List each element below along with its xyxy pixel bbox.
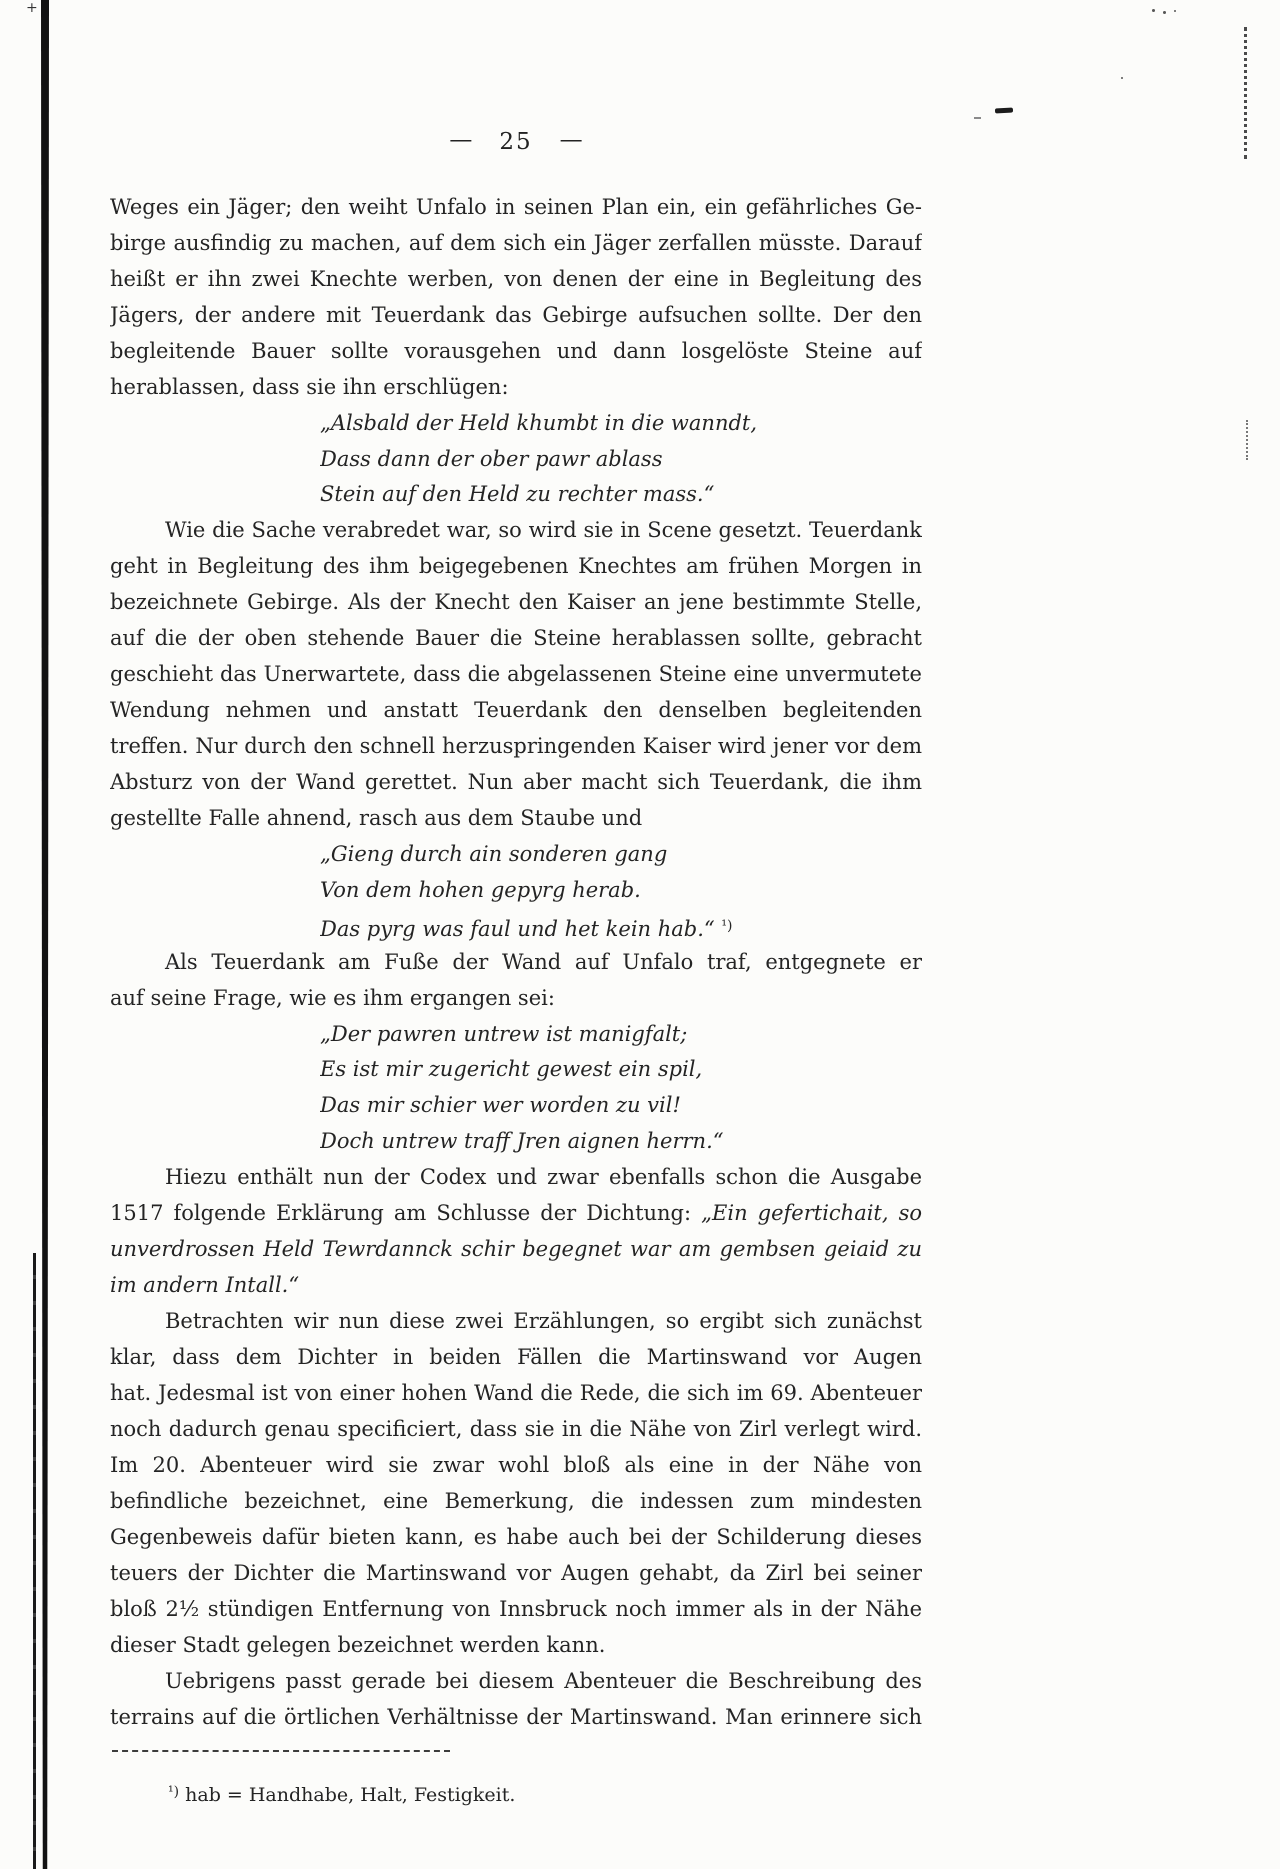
text-roman: 1517 folgende Erklärung am Schlusse der … [110,1201,701,1225]
paragraph: Hiezu enthält nun der Codex und zwar ebe… [110,1160,922,1304]
text-line: geschieht das Unerwartete, dass die abge… [110,657,922,693]
text-line: Uebrigens passt gerade bei diesem Abente… [110,1664,922,1700]
verse-line: „Der pawren untrew ist manigfalt; [320,1017,922,1053]
scan-noise-plus: + [26,0,38,16]
page-number-dash: — [560,127,583,153]
verse-line: Dass dann der ober pawr ablass [320,442,922,478]
verse-line: „Gieng durch ain sonderen gang [320,837,922,873]
paragraph: Wie die Sache verabredet war, so wird si… [110,513,922,836]
scan-noise-dash [995,108,1013,114]
verse-line: Es ist mir zugericht gewest ein spil, [320,1052,922,1088]
verse-line: Doch untrew traff Jren aignen herrn.“ [320,1124,922,1160]
text-line: 1517 folgende Erklärung am Schlusse der … [110,1196,922,1232]
text-line: im andern Intall.“ [110,1268,922,1304]
text-line: Gegenbeweis dafür bieten kann, es habe a… [110,1520,922,1556]
scan-noise-dot [1163,11,1166,14]
text-line: gestellte Falle ahnend, rasch aus dem St… [110,801,922,837]
footnote: ¹) hab = Handhabe, Halt, Festigkeit. [110,1777,980,1810]
verse-quotation: „Alsbald der Held khumbt in die wanndt, … [320,406,922,514]
text-line: bezeichnete Gebirge. Als der Knecht den … [110,585,922,621]
text-block: Weges ein Jäger; den weiht Unfalo in sei… [110,190,922,1735]
verse-line: „Alsbald der Held khumbt in die wanndt, [320,406,922,442]
verse-line: Von dem hohen gepyrg herab. [320,873,922,909]
text-line: Wendung nehmen und anstatt Teuerdank den… [110,693,922,729]
text-line: geht in Begleitung des ihm beigegebenen … [110,549,922,585]
footnote-divider [112,1750,450,1752]
paragraph: Betrachten wir nun diese zwei Erzählunge… [110,1304,922,1664]
verse-line: Das mir schier wer worden zu vil! [320,1088,922,1124]
scan-noise-dot [1121,77,1123,79]
binding-shadow-bar [41,0,49,1869]
text-line: Betrachten wir nun diese zwei Erzählunge… [110,1304,922,1340]
paragraph: Uebrigens passt gerade bei diesem Abente… [110,1664,922,1736]
text-line: terrains auf die örtlichen Verhältnisse … [110,1700,922,1736]
text-line: Im 20. Abenteuer wird sie zwar wohl bloß… [110,1448,922,1484]
scan-noise-dot [1174,10,1176,12]
verse-line-text: Das pyrg was faul und het kein hab.“ [320,917,715,941]
text-italic-quote: unverdrossen Held Tewrdannck schir begeg… [110,1237,922,1261]
text-line: Weges ein Jäger; den weiht Unfalo in sei… [110,190,922,226]
scan-noise-dot [1152,9,1155,12]
text-line: bloß 2½ stündigen Entfernung von Innsbru… [110,1592,922,1628]
text-line: Wie die Sache verabredet war, so wird si… [110,513,922,549]
text-line: befindliche bezeichnet, eine Bemerkung, … [110,1484,922,1520]
text-line: herablassen, dass sie ihn erschlügen: [110,370,922,406]
text-line: auf die der oben stehende Bauer die Stei… [110,621,922,657]
text-line: noch dadurch genau specificiert, dass si… [110,1412,922,1448]
footnote-text: hab = Handhabe, Halt, Festigkeit. [185,1784,515,1806]
page-number: —25— [110,129,922,155]
scan-edge-dots [1246,420,1248,460]
text-line: birge ausfindig zu machen, auf dem sich … [110,226,922,262]
book-page: + —25— Weges ein Jäger; den weiht Unfalo… [0,0,1280,1869]
footnote-reference: ¹) [721,918,732,934]
page-number-dash: — [449,127,472,153]
text-line: dieser Stadt gelegen bezeichnet werden k… [110,1628,922,1664]
verse-quotation: „Gieng durch ain sonderen gang Von dem h… [320,837,922,945]
text-line: begleitende Bauer sollte vorausgehen und… [110,334,922,370]
text-line: unverdrossen Held Tewrdannck schir begeg… [110,1232,922,1268]
text-line: klar, dass dem Dichter in beiden Fällen … [110,1340,922,1376]
text-line: treffen. Nur durch den schnell herzuspri… [110,729,922,765]
binding-shadow-line [33,1253,36,1869]
verse-line: Stein auf den Held zu rechter mass.“ [320,477,922,513]
footnote-marker: ¹) [168,1784,179,1800]
verse-quotation: „Der pawren untrew ist manigfalt; Es ist… [320,1017,922,1161]
paragraph: Weges ein Jäger; den weiht Unfalo in sei… [110,190,922,406]
paragraph: Als Teuerdank am Fuße der Wand auf Unfal… [110,945,922,1017]
text-line: auf seine Frage, wie es ihm ergangen sei… [110,981,922,1017]
text-line: Absturz von der Wand gerettet. Nun aber … [110,765,922,801]
page-number-value: 25 [499,129,532,155]
text-line: teuers der Dichter die Martinswand vor A… [110,1556,922,1592]
text-line: Hiezu enthält nun der Codex und zwar ebe… [110,1160,922,1196]
text-line: Als Teuerdank am Fuße der Wand auf Unfal… [110,945,922,981]
text-line: hat. Jedesmal ist von einer hohen Wand d… [110,1376,922,1412]
text-line: Jägers, der andere mit Teuerdank das Geb… [110,298,922,334]
verse-line: Das pyrg was faul und het kein hab.“ ¹) [320,909,922,945]
text-line: heißt er ihn zwei Knechte werben, von de… [110,262,922,298]
scan-edge-dots [1244,27,1247,159]
scan-noise-dash-faint [974,117,981,119]
